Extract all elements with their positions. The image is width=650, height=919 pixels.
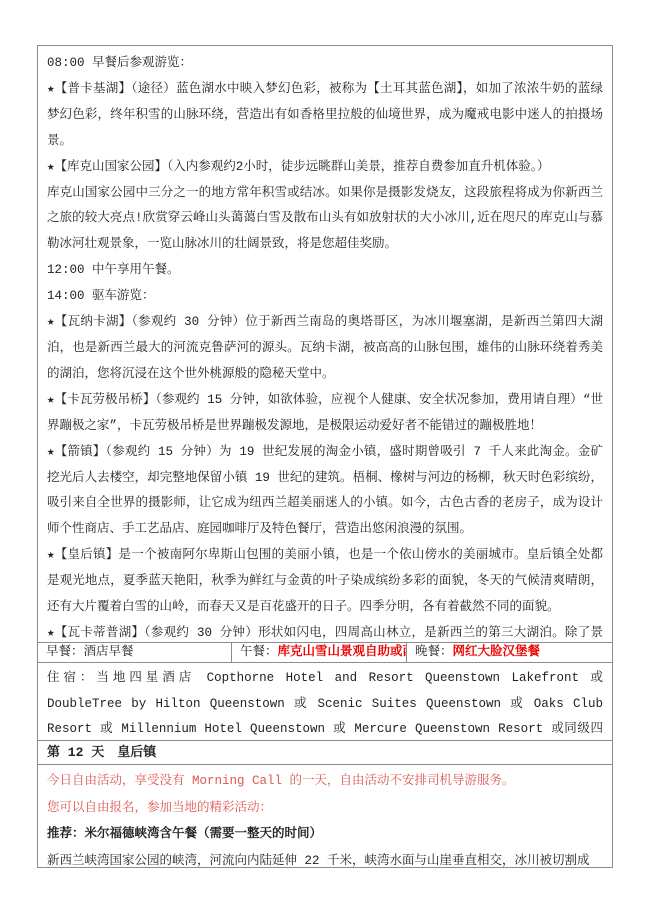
itinerary-paragraph-mount-cook-title: ★【库克山国家公园】（入内参观约2小时，徒步远眺群山美景，推荐自费参加直升机体验…	[47, 155, 603, 181]
itinerary-paragraph-kawarau-bridge: ★【卡瓦劳极吊桥】（参观约 15 分钟，如欲体验，应视个人健康、安全状况参加，费…	[47, 388, 603, 440]
accommodation-text: 当地四星酒店 Copthorne Hotel and Resort Queens…	[47, 671, 603, 740]
breakfast-value: 酒店早餐	[84, 645, 134, 659]
itinerary-paragraph-arrowtown: ★【箭镇】（参观约 15 分钟）为 19 世纪发展的淘金小镇，盛时期曾吸引 7 …	[47, 440, 603, 544]
schedule-lunch-time: 12:00 中午享用午餐。	[47, 258, 603, 284]
lunch-cell: 午餐：库克山雪山景观自助或西餐	[231, 643, 406, 662]
free-day-note: 今日自由活动，享受没有 Morning Call 的一天，自由活动不安排司机导游…	[47, 773, 603, 790]
milford-sound-description: 新西兰峡湾国家公园的峡湾，河流向内陆延伸 22 千米，峡湾水面与山崖垂直相交，冰…	[47, 853, 603, 868]
lunch-value: 库克山雪山景观自助或西餐	[278, 645, 406, 659]
day12-header: 第 12 天 皇后镇	[38, 740, 612, 764]
itinerary-paragraph-lake-wanaka: ★【瓦纳卡湖】（参观约 30 分钟）位于新西兰南岛的奥塔哥区，为冰川堰塞湖，是新…	[47, 310, 603, 388]
itinerary-paragraph-lake-wakatipu: ★【瓦卡蒂普湖】（参观约 30 分钟）形状如闪电，四周高山林立，是新西兰的第三大…	[47, 621, 603, 642]
itinerary-paragraph-mount-cook-detail: 库克山国家公园中三分之一的地方常年积雪或结冰。如果你是摄影发烧友，这段旅程将成为…	[47, 181, 603, 259]
accommodation-cell: 住宿：当地四星酒店 Copthorne Hotel and Resort Que…	[38, 662, 612, 740]
schedule-afternoon-time: 14:00 驱车游览：	[47, 284, 603, 310]
meals-row: 早餐：酒店早餐 午餐：库克山雪山景观自助或西餐 晚餐：网红大脸汉堡餐	[38, 642, 612, 662]
itinerary-paragraph-pukaki-lake: ★【普卡基湖】（途径）蓝色湖水中映入梦幻色彩，被称为【土耳其蓝色湖】，如加了浓浓…	[47, 77, 603, 155]
lunch-label: 午餐：	[240, 645, 278, 659]
day11-itinerary-cell: 08:00 早餐后参观游览： ★【普卡基湖】（途径）蓝色湖水中映入梦幻色彩，被称…	[38, 46, 612, 642]
itinerary-paragraph-queenstown: ★【皇后镇】是一个被南阿尔卑斯山包围的美丽小镇，也是一个依山傍水的美丽城市。皇后…	[47, 543, 603, 621]
accommodation-label: 住宿：	[47, 671, 96, 685]
itinerary-table: 08:00 早餐后参观游览： ★【普卡基湖】（途径）蓝色湖水中映入梦幻色彩，被称…	[37, 45, 613, 868]
dinner-value: 网红大脸汉堡餐	[453, 645, 541, 659]
dinner-label: 晚餐：	[415, 645, 453, 659]
day12-content-cell: 今日自由活动，享受没有 Morning Call 的一天，自由活动不安排司机导游…	[38, 764, 612, 867]
breakfast-label: 早餐：	[46, 645, 84, 659]
schedule-morning-time: 08:00 早餐后参观游览：	[47, 51, 603, 77]
document-page: 08:00 早餐后参观游览： ★【普卡基湖】（途径）蓝色湖水中映入梦幻色彩，被称…	[0, 0, 650, 919]
dinner-cell: 晚餐：网红大脸汉堡餐	[406, 643, 612, 662]
recommendation-line: 推荐：米尔福德峡湾含午餐（需要一整天的时间）	[47, 826, 603, 843]
breakfast-cell: 早餐：酒店早餐	[38, 643, 231, 662]
signup-note: 您可以自由报名，参加当地的精彩活动：	[47, 800, 603, 817]
